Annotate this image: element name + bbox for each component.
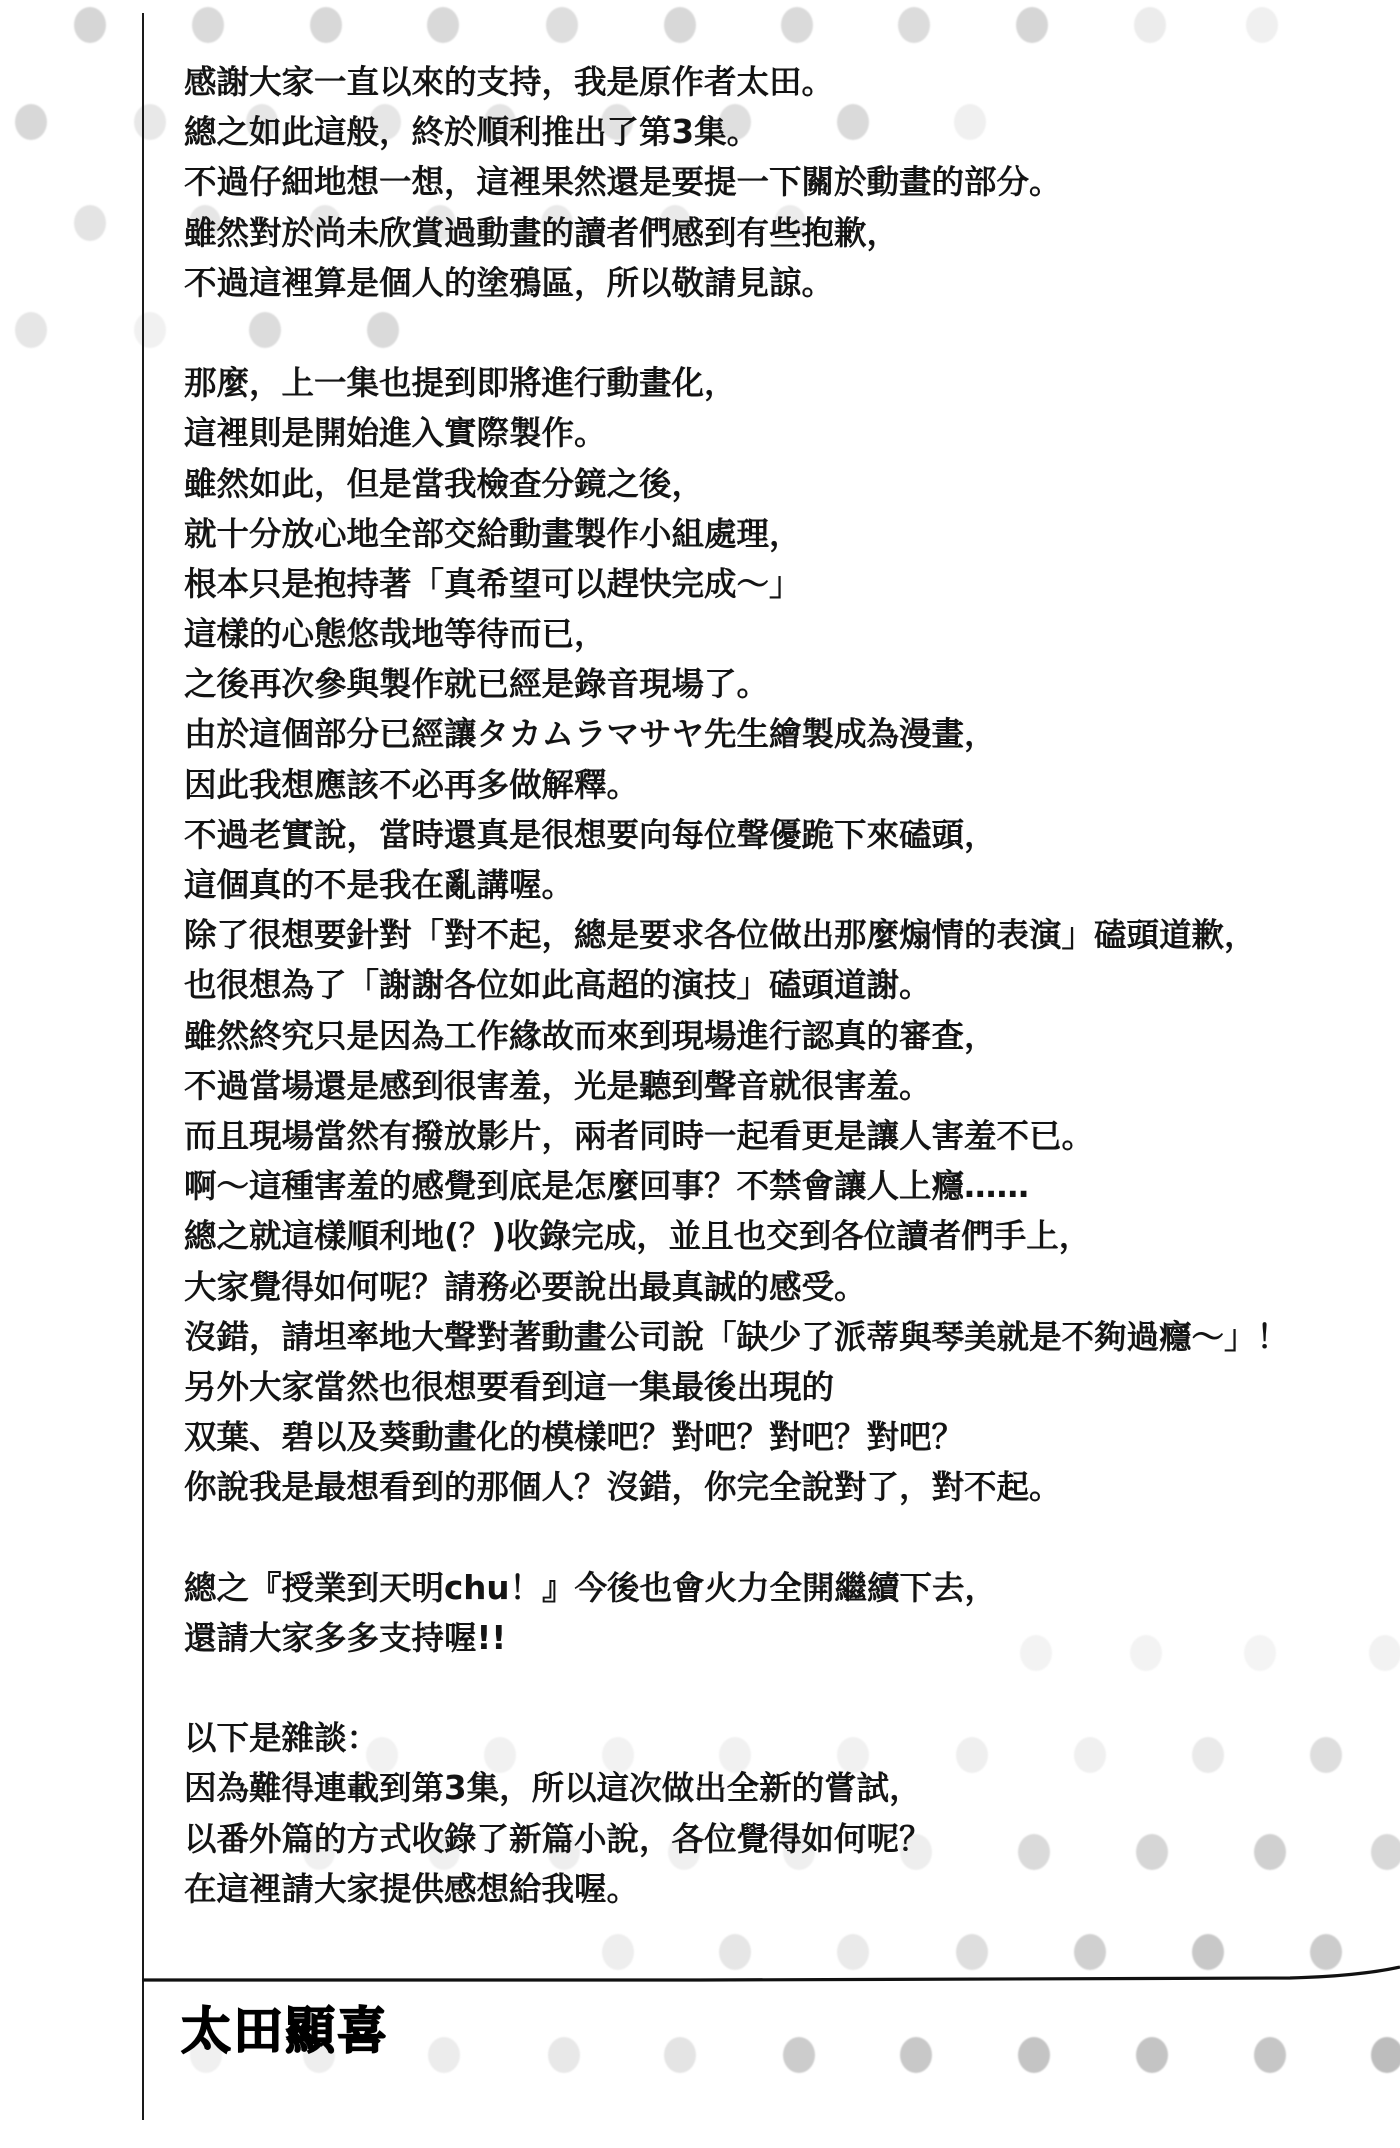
text-line: 双葉、碧以及葵動畫化的模樣吧？對吧？對吧？對吧？ <box>184 1412 1364 1462</box>
text-line: 總之如此這般，終於順利推出了第3集。 <box>184 107 1364 157</box>
text-line: 不過當場還是感到很害羞，光是聽到聲音就很害羞。 <box>184 1061 1364 1111</box>
text-line: 因為難得連載到第3集，所以這次做出全新的嘗試， <box>184 1763 1364 1813</box>
text-line: 也很想為了「謝謝各位如此高超的演技」磕頭道謝。 <box>184 960 1364 1010</box>
halftone-dot <box>192 7 224 43</box>
halftone-dot <box>1254 2037 1286 2073</box>
halftone-dot <box>783 2037 815 2073</box>
halftone-dot <box>900 2037 932 2073</box>
text-line: 沒錯，請坦率地大聲對著動畫公司說「缺少了派蒂與琴美就是不夠過癮～」！ <box>184 1312 1364 1362</box>
halftone-dot <box>546 7 578 43</box>
halftone-dot <box>1136 2037 1168 2073</box>
text-line: 那麼，上一集也提到即將進行動畫化， <box>184 358 1364 408</box>
halftone-dot <box>1371 2037 1400 2073</box>
halftone-dot <box>1016 7 1048 43</box>
halftone-dot <box>1246 7 1278 43</box>
halftone-dot <box>664 2037 696 2073</box>
text-line: 這樣的心態悠哉地等待而已， <box>184 609 1364 659</box>
text-line: 這個真的不是我在亂講喔。 <box>184 860 1364 910</box>
text-line: 還請大家多多支持喔!! <box>184 1613 1364 1663</box>
text-line: 除了很想要針對「對不起，總是要求各位做出那麼煽情的表演」磕頭道歉， <box>184 910 1364 960</box>
text-line: 因此我想應該不必再多做解釋。 <box>184 760 1364 810</box>
text-line: 以番外篇的方式收錄了新篇小說，各位覺得如何呢？ <box>184 1814 1364 1864</box>
text-line: 根本只是抱持著「真希望可以趕快完成～」 <box>184 559 1364 609</box>
halftone-dot <box>74 205 106 241</box>
halftone-dot <box>427 7 459 43</box>
paragraph-anime-production: 那麼，上一集也提到即將進行動畫化， 這裡則是開始進入實際製作。 雖然如此，但是當… <box>184 358 1364 1512</box>
text-line: 感謝大家一直以來的支持，我是原作者太田。 <box>184 57 1364 107</box>
text-line: 之後再次參與製作就已經是錄音現場了。 <box>184 659 1364 709</box>
text-line: 不過仔細地想一想，這裡果然還是要提一下關於動畫的部分。 <box>184 157 1364 207</box>
halftone-dot <box>134 104 166 140</box>
text-line: 不過這裡算是個人的塗鴉區，所以敬請見諒。 <box>184 258 1364 308</box>
paragraph-side-note: 以下是雜談： 因為難得連載到第3集，所以這次做出全新的嘗試， 以番外篇的方式收錄… <box>184 1713 1364 1914</box>
author-signature: 太田顯喜 <box>181 2003 389 2059</box>
halftone-dot <box>548 2037 580 2073</box>
text-line: 雖然如此，但是當我檢查分鏡之後， <box>184 459 1364 509</box>
text-line: 大家覺得如何呢？請務必要說出最真誠的感受。 <box>184 1262 1364 1312</box>
text-line: 總之就這樣順利地(？)收錄完成，並且也交到各位讀者們手上， <box>184 1211 1364 1261</box>
text-line: 總之『授業到天明chu！』今後也會火力全開繼續下去， <box>184 1563 1364 1613</box>
text-line: 雖然終究只是因為工作緣故而來到現場進行認真的審查， <box>184 1011 1364 1061</box>
halftone-dot <box>1018 2037 1050 2073</box>
text-line: 這裡則是開始進入實際製作。 <box>184 408 1364 458</box>
halftone-dot <box>898 7 930 43</box>
text-line: 你說我是最想看到的那個人？沒錯，你完全說對了，對不起。 <box>184 1462 1364 1512</box>
paragraph-greeting: 感謝大家一直以來的支持，我是原作者太田。 總之如此這般，終於順利推出了第3集。 … <box>184 57 1364 308</box>
text-line: 不過老實說，當時還真是很想要向每位聲優跪下來磕頭， <box>184 810 1364 860</box>
halftone-dot <box>1371 1834 1400 1870</box>
text-line: 雖然對於尚未欣賞過動畫的讀者們感到有些抱歉， <box>184 208 1364 258</box>
halftone-dot <box>1369 1635 1400 1671</box>
halftone-dot <box>15 312 47 348</box>
text-line: 以下是雜談： <box>184 1713 1364 1763</box>
halftone-dot <box>781 7 813 43</box>
halftone-dot <box>664 7 696 43</box>
margin-vertical-line <box>142 13 144 2120</box>
halftone-dot <box>428 2037 460 2073</box>
text-line: 由於這個部分已經讓タカムラマサヤ先生繪製成為漫畫， <box>184 709 1364 759</box>
text-line: 在這裡請大家提供感想給我喔。 <box>184 1864 1364 1914</box>
halftone-dot <box>74 7 106 43</box>
halftone-dot <box>1134 7 1166 43</box>
text-line: 啊～這種害羞的感覺到底是怎麼回事？不禁會讓人上癮…… <box>184 1161 1364 1211</box>
text-line: 另外大家當然也很想要看到這一集最後出現的 <box>184 1362 1364 1412</box>
halftone-dot <box>134 312 166 348</box>
halftone-dot <box>15 104 47 140</box>
afterword-body: 感謝大家一直以來的支持，我是原作者太田。 總之如此這般，終於順利推出了第3集。 … <box>184 57 1364 1964</box>
text-line: 就十分放心地全部交給動畫製作小組處理， <box>184 509 1364 559</box>
halftone-dot <box>310 7 342 43</box>
paragraph-closing: 總之『授業到天明chu！』今後也會火力全開繼續下去， 還請大家多多支持喔!! <box>184 1563 1364 1663</box>
text-line: 而且現場當然有撥放影片，兩者同時一起看更是讓人害羞不已。 <box>184 1111 1364 1161</box>
